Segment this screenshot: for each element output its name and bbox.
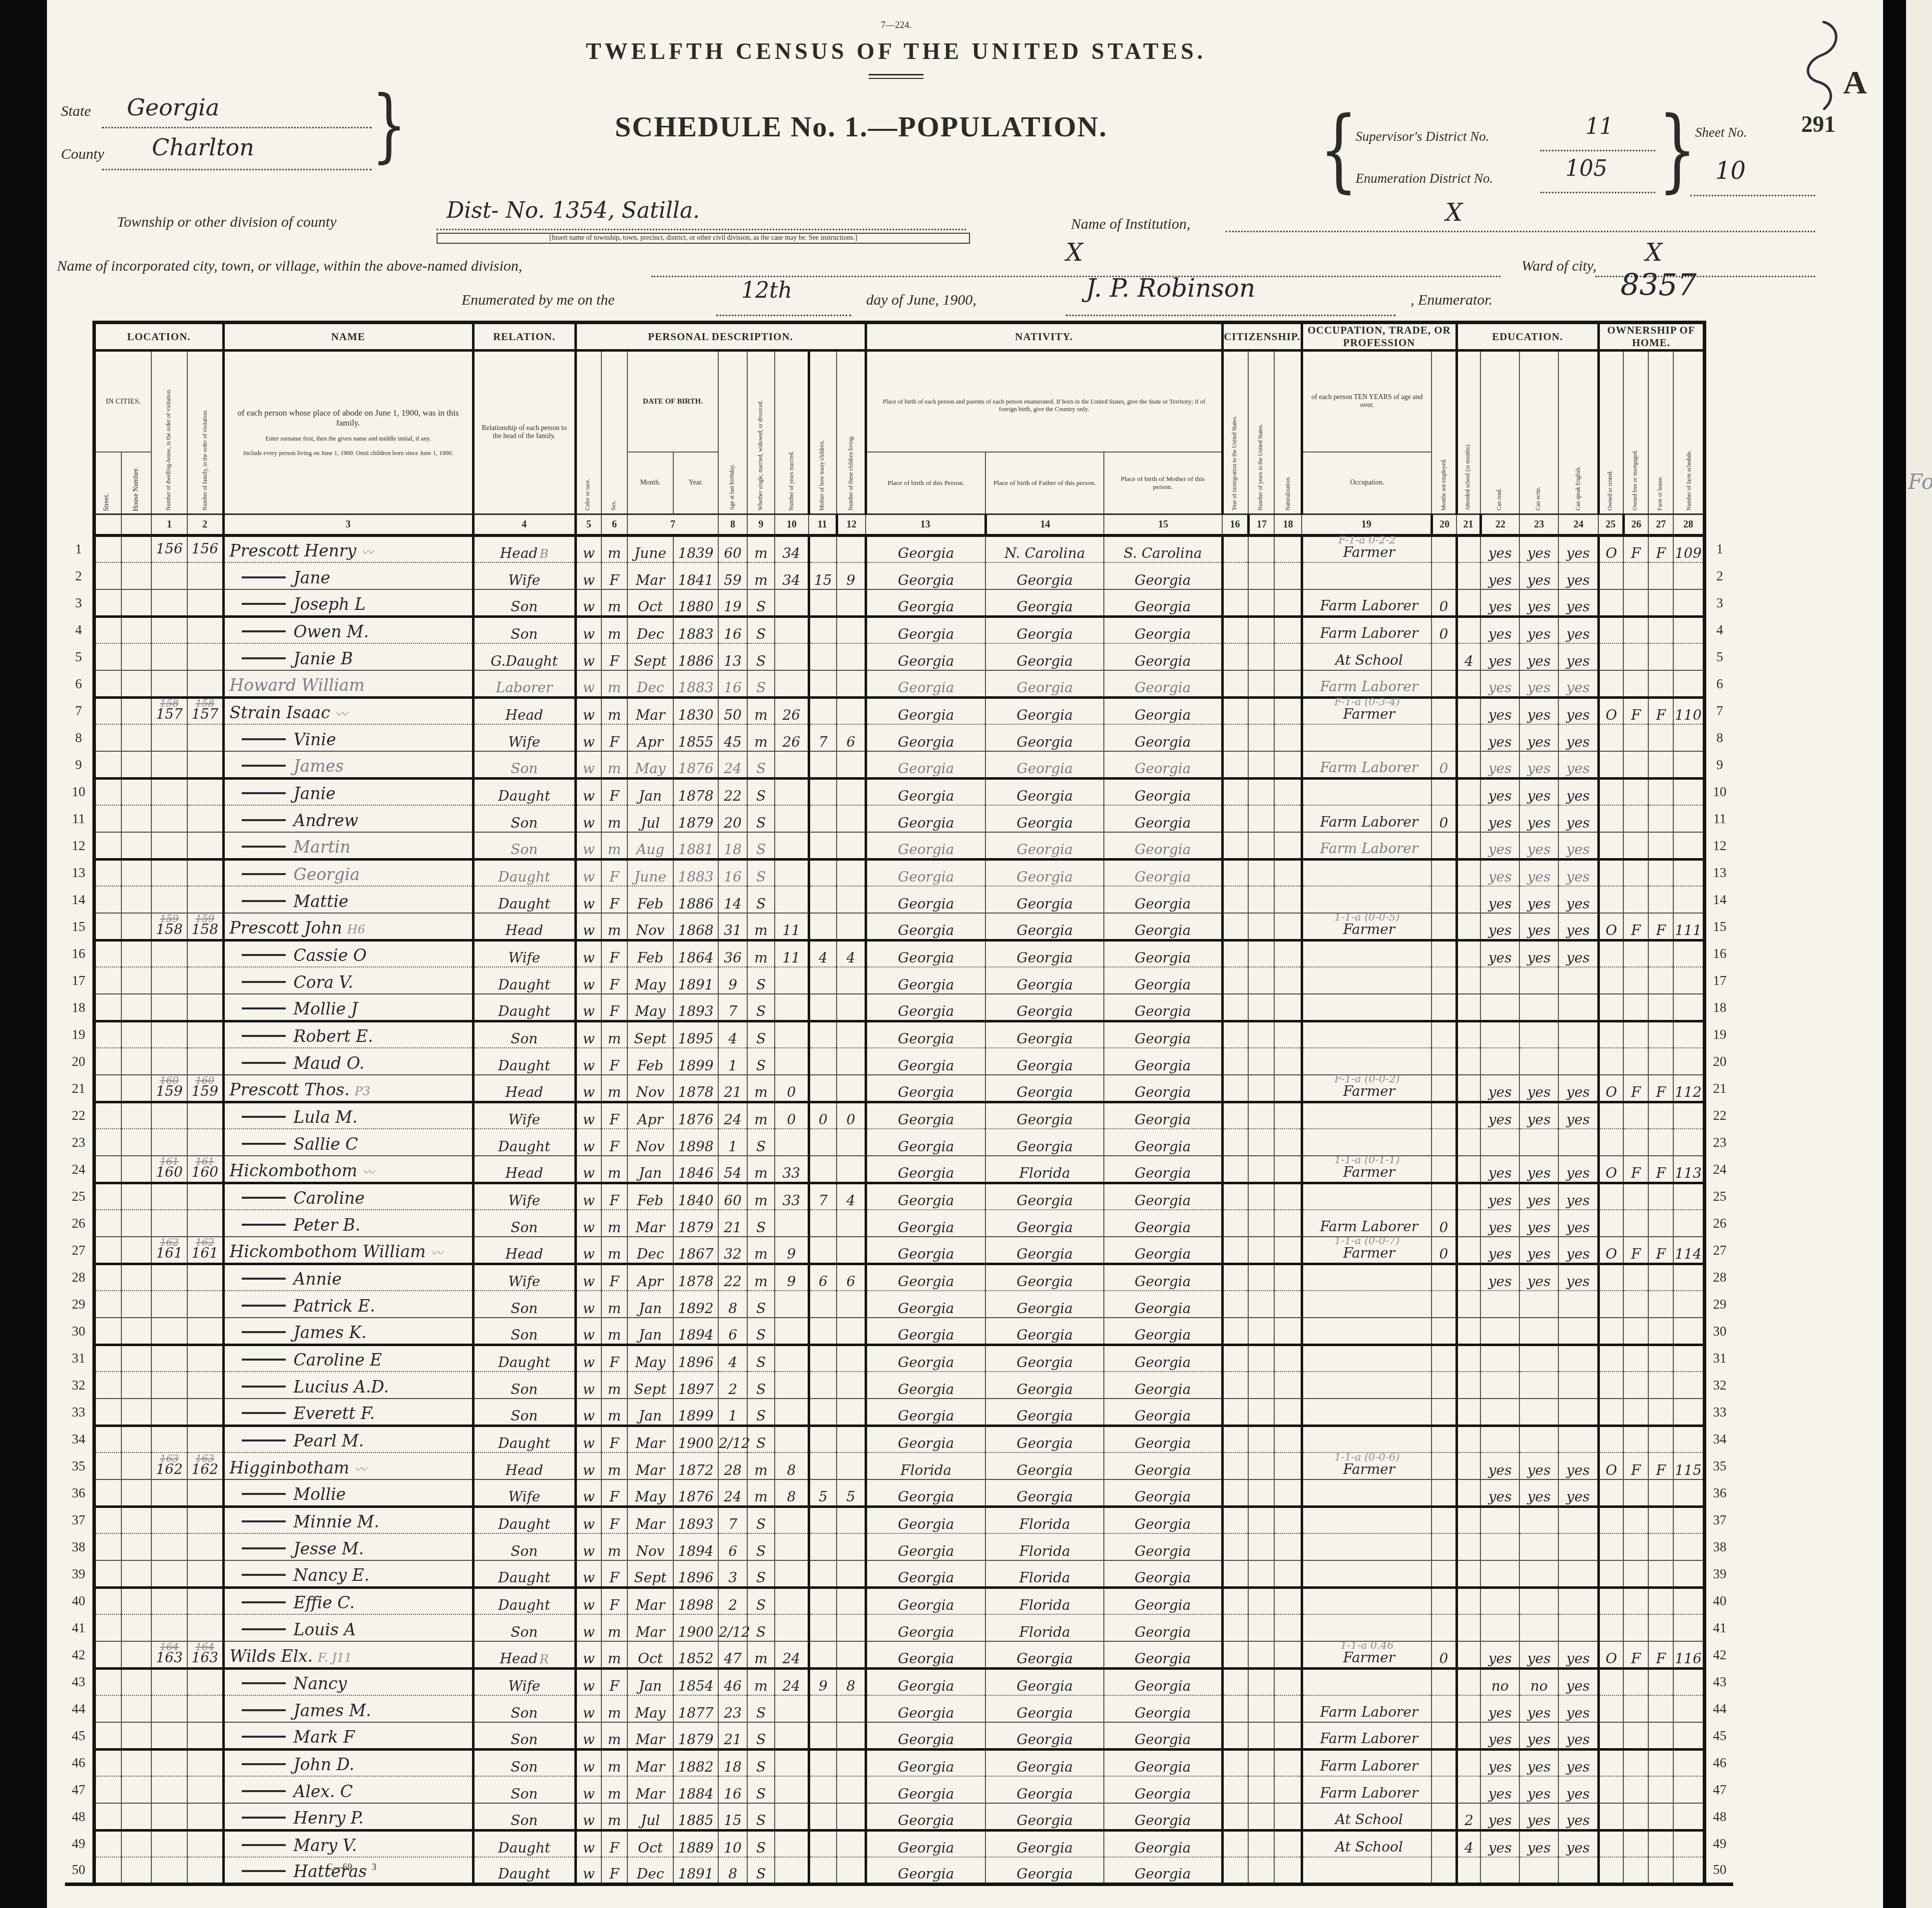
span-element: Georgia	[1135, 1221, 1191, 1236]
cell-yu	[1248, 778, 1274, 805]
cell-street	[94, 1560, 121, 1587]
cell-mo: Jan	[627, 1668, 673, 1695]
cell-wr	[1519, 1129, 1558, 1156]
cell-pm: Georgia	[1104, 1560, 1222, 1587]
cell-ym	[775, 1399, 809, 1426]
line-number-left: 12	[65, 832, 94, 859]
cell-occ	[1302, 1399, 1432, 1426]
cell-pf: Georgia	[985, 886, 1104, 913]
census-row: 3Joseph LSonwmOct188019SGeorgiaGeorgiaGe…	[65, 589, 1733, 616]
cell-yr: 1891	[673, 967, 718, 994]
span-element: Georgia	[1016, 1867, 1073, 1883]
span-element: yes	[1566, 1490, 1590, 1505]
span-element: Georgia	[1135, 1085, 1191, 1101]
span-element: Wilds Elx.	[230, 1646, 313, 1667]
cell-occ	[1302, 940, 1432, 967]
cell-wr: yes	[1519, 1641, 1558, 1668]
line-number-right: 24	[1704, 1156, 1733, 1183]
span-element: 23	[724, 1706, 742, 1722]
cell-ms: m	[747, 940, 775, 967]
cell-fh	[1648, 724, 1673, 751]
cell-ow	[1598, 751, 1623, 778]
cell-cl	[837, 1749, 866, 1776]
cell-s: m	[601, 1156, 627, 1183]
span-element: 16	[724, 681, 742, 696]
span-element: Son	[511, 1706, 538, 1722]
cell-c: w	[575, 1102, 601, 1129]
corner-flourish	[1776, 18, 1851, 115]
span-element: Georgia	[898, 1085, 955, 1101]
span-element	[242, 738, 286, 740]
cell-s: m	[601, 1533, 627, 1560]
line-number-left: 33	[65, 1399, 94, 1426]
span-element: yes	[1527, 1706, 1551, 1722]
span-element: w	[583, 1544, 595, 1560]
span-element: yes	[1527, 897, 1551, 913]
cell-house	[121, 1506, 151, 1533]
span-element: m	[608, 1733, 621, 1748]
span-element: 24	[724, 1490, 742, 1505]
span-element: w	[583, 1706, 595, 1722]
cell-pf: Georgia	[985, 1345, 1104, 1372]
cell-s: F	[601, 724, 627, 751]
span-element: F	[609, 1571, 619, 1586]
census-row: 23Sallie CDaughtwFNov18981SGeorgiaGeorgi…	[65, 1129, 1733, 1156]
span-element: Georgia	[898, 1867, 955, 1883]
cell-yr: 1880	[673, 589, 718, 616]
cell-age: 32	[718, 1237, 747, 1264]
line-number-right: 33	[1704, 1399, 1733, 1426]
cell-house	[121, 1129, 151, 1156]
cell-yr: 1878	[673, 778, 718, 805]
cell-age: 50	[718, 697, 747, 724]
cell-occ: Farm Laborer	[1302, 616, 1432, 643]
div-element: 157	[156, 707, 182, 723]
cell-im	[1222, 1345, 1248, 1372]
cell-c: w	[575, 1156, 601, 1183]
cell-na	[1274, 1560, 1302, 1587]
cell-mo: Mar	[627, 1614, 673, 1641]
span-element: Georgia	[1135, 600, 1191, 615]
cell-s: F	[601, 859, 627, 886]
cell-dw	[151, 1210, 187, 1237]
line-number-right: 22	[1704, 1102, 1733, 1129]
cell-pm: Georgia	[1104, 1830, 1222, 1857]
cell-im	[1222, 1830, 1248, 1857]
cell-rd	[1480, 1587, 1519, 1614]
cell-un	[1432, 859, 1456, 886]
cell-fr	[1623, 886, 1648, 913]
cell-un	[1432, 697, 1456, 724]
cell-wr: yes	[1519, 886, 1558, 913]
cell-mc	[809, 1560, 837, 1587]
cell-sc	[1456, 1641, 1480, 1668]
cell-occ	[1302, 562, 1432, 589]
cell-yr: 1893	[673, 1506, 718, 1533]
column-number: 5	[575, 514, 601, 536]
cell-street	[94, 1264, 121, 1291]
institution-line	[1226, 231, 1815, 232]
cell-yu	[1248, 535, 1274, 562]
cell-ow	[1598, 1614, 1623, 1641]
span-element: m	[608, 1328, 621, 1344]
cell-rd	[1480, 1318, 1519, 1345]
span-element: Florida	[1019, 1625, 1070, 1641]
span-element: Georgia	[1135, 1598, 1191, 1614]
cell-dw	[151, 832, 187, 859]
span-element: F	[1631, 1166, 1641, 1182]
cell-rel: Wife	[473, 1102, 575, 1129]
cell-na	[1274, 1399, 1302, 1426]
cell-street	[94, 967, 121, 994]
cell-pb: Georgia	[866, 1668, 985, 1695]
span-element: 1893	[678, 1004, 713, 1020]
span-element: 8	[728, 1867, 737, 1883]
cell-rd	[1480, 1345, 1519, 1372]
cell-street	[94, 1587, 121, 1614]
span-element: Georgia	[1016, 1490, 1073, 1505]
cell-ms: m	[747, 1264, 775, 1291]
cell-age: 8	[718, 1857, 747, 1884]
span-element: Georgia	[898, 1760, 955, 1776]
span-element: Wife	[508, 1490, 540, 1505]
cell-un	[1432, 1156, 1456, 1183]
cell-pf: Georgia	[985, 1372, 1104, 1399]
span-element: w	[583, 951, 595, 966]
cell-yu	[1248, 1479, 1274, 1506]
span-element: Head	[505, 1247, 543, 1263]
cell-rel: G.Daught	[473, 643, 575, 670]
occupation-col-header: Occupation.	[1302, 452, 1432, 514]
cell-un	[1432, 1426, 1456, 1452]
span-element: 1846	[678, 1166, 713, 1182]
cell-en: yes	[1558, 1075, 1598, 1102]
div-element: F-1-a (0-0-2)	[1303, 1075, 1432, 1083]
cell-pb: Georgia	[866, 643, 985, 670]
span-element: w	[583, 843, 595, 858]
cell-fs	[1673, 1048, 1704, 1075]
cell-occ: Farm Laborer	[1302, 1749, 1432, 1776]
span-element: Nancy E.	[294, 1565, 370, 1586]
cell-yu	[1248, 589, 1274, 616]
span-element: Sept	[634, 1032, 667, 1047]
span-element	[242, 1547, 286, 1549]
cell-pm: Georgia	[1104, 1264, 1222, 1291]
span-element: Georgia	[1135, 1059, 1191, 1074]
cell-yu	[1248, 1533, 1274, 1560]
cell-wr	[1519, 1291, 1558, 1318]
cell-sc	[1456, 1318, 1480, 1345]
span-element: w	[583, 735, 595, 751]
cell-occ	[1302, 1345, 1432, 1372]
cell-fr	[1623, 994, 1648, 1021]
cell-ym	[775, 859, 809, 886]
span-element: m	[608, 681, 621, 696]
span-element: G.Daught	[490, 654, 558, 670]
span-element: Wife	[508, 1113, 540, 1128]
supervisor-value: 11	[1585, 114, 1613, 139]
cell-mo: Nov	[627, 1533, 673, 1560]
cell-yr: 1883	[673, 616, 718, 643]
span-element: yes	[1527, 816, 1551, 832]
span-element: w	[583, 978, 595, 993]
span-element: F	[1631, 924, 1641, 939]
cell-ym: 9	[775, 1264, 809, 1291]
span-element: Georgia	[1016, 924, 1073, 939]
cell-rd: yes	[1480, 859, 1519, 886]
cell-pb: Georgia	[866, 1560, 985, 1587]
cell-occ	[1302, 967, 1432, 994]
line-number-right: 45	[1704, 1722, 1733, 1749]
span-element: m	[754, 924, 768, 939]
cell-c: w	[575, 1749, 601, 1776]
cell-fh: F	[1648, 1156, 1673, 1183]
cell-fh: F	[1648, 1452, 1673, 1479]
col-header-citizenship: CITIZENSHIP.	[1222, 323, 1302, 351]
cell-c: w	[575, 1345, 601, 1372]
span-element: Mar	[636, 573, 665, 589]
span-element: Georgia	[898, 1625, 955, 1641]
cell-wr: yes	[1519, 1075, 1558, 1102]
span-element: Maud O.	[294, 1053, 365, 1074]
cell-fr	[1623, 1830, 1648, 1857]
cell-cl	[837, 1048, 866, 1075]
cell-en: yes	[1558, 1264, 1598, 1291]
span-element: yes	[1527, 762, 1551, 777]
cell-age: 1	[718, 1399, 747, 1426]
span-element: O	[1606, 1247, 1617, 1263]
span-element: m	[608, 1409, 621, 1425]
span-element: m	[608, 843, 621, 858]
cell-mc	[809, 967, 837, 994]
cell-mc	[809, 670, 837, 697]
span-element: F	[609, 654, 619, 670]
cell-en: yes	[1558, 697, 1598, 724]
span-element: 1867	[678, 1247, 713, 1263]
cell-occ: Farm Laborer	[1302, 1210, 1432, 1237]
span-element: 1898	[678, 1140, 713, 1155]
cell-cl	[837, 535, 866, 562]
span-element: yes	[1488, 789, 1512, 805]
cell-im	[1222, 1857, 1248, 1884]
cell-dw	[151, 670, 187, 697]
span-element: 4	[846, 951, 855, 966]
cell-mo: Mar	[627, 1776, 673, 1803]
cell-cl	[837, 751, 866, 778]
span-element: Son	[511, 627, 538, 643]
span-element: m	[608, 816, 621, 832]
span-element: yes	[1488, 762, 1512, 777]
div-element: Farmer	[1339, 1649, 1395, 1667]
cell-na	[1274, 832, 1302, 859]
cell-ms: m	[747, 697, 775, 724]
cell-dw: 158157	[151, 697, 187, 724]
span-element: w	[583, 1625, 595, 1641]
span-element: Son	[511, 1787, 538, 1803]
span-element: 60	[724, 546, 742, 562]
span-element: Georgia	[1135, 1004, 1191, 1020]
span-element	[242, 1224, 286, 1226]
cell-house	[121, 1533, 151, 1560]
span-element: Dec	[637, 627, 664, 643]
span-element: 111	[1675, 924, 1701, 939]
cell-pm: Georgia	[1104, 805, 1222, 832]
span-element: Son	[511, 600, 538, 615]
cell-occ: Farm Laborer	[1302, 805, 1432, 832]
cell-un	[1432, 1102, 1456, 1129]
span-element: yes	[1488, 735, 1512, 751]
cell-fs	[1673, 1614, 1704, 1641]
cell-ym: 9	[775, 1237, 809, 1264]
cell-mc	[809, 1156, 837, 1183]
cell-c: w	[575, 1668, 601, 1695]
cell-pm: Georgia	[1104, 697, 1222, 724]
cell-im	[1222, 832, 1248, 859]
cell-fs	[1673, 670, 1704, 697]
span-element: Georgia	[898, 1814, 955, 1829]
cell-fr	[1623, 589, 1648, 616]
cell-rd: yes	[1480, 1210, 1519, 1237]
span-element: m	[608, 600, 621, 615]
cell-fam	[187, 643, 223, 670]
span-element: m	[754, 573, 768, 589]
span-element: S	[756, 627, 766, 643]
cell-mo: Dec	[627, 670, 673, 697]
span-element: Georgia	[1016, 978, 1073, 993]
cell-fh	[1648, 1479, 1673, 1506]
cell-wr: yes	[1519, 589, 1558, 616]
cell-sc	[1456, 1506, 1480, 1533]
span-element: 46	[724, 1679, 742, 1695]
span-element: w	[583, 1679, 595, 1695]
cell-en: yes	[1558, 751, 1598, 778]
census-row: 24161160161160Hickombothom〰HeadwmJan1846…	[65, 1156, 1733, 1183]
span-element: yes	[1488, 951, 1512, 966]
span-element: Georgia	[1016, 762, 1073, 777]
span-element: Daught	[498, 1140, 550, 1155]
cell-en: yes	[1558, 1722, 1598, 1749]
census-row: 1156156Prescott Henry〰Head BwmJune183960…	[65, 535, 1733, 562]
census-row: 20Maud O.DaughtwFFeb18991SGeorgiaGeorgia…	[65, 1048, 1733, 1075]
cell-wr: yes	[1519, 1452, 1558, 1479]
span-element: Florida	[1019, 1598, 1070, 1614]
span-element: Georgia	[898, 762, 955, 777]
span-element: S	[756, 1221, 766, 1236]
cell-fam	[187, 1668, 223, 1695]
cell-s: m	[601, 1695, 627, 1722]
cell-rd: yes	[1480, 562, 1519, 589]
cell-street	[94, 1345, 121, 1372]
cell-yr: 1899	[673, 1048, 718, 1075]
cell-mo: Mar	[627, 1722, 673, 1749]
span-element	[242, 981, 286, 983]
cell-name: Caroline	[223, 1183, 473, 1210]
cell-ym	[775, 751, 809, 778]
cell-occ: Farm Laborer	[1302, 1695, 1432, 1722]
cell-mo: Jan	[627, 1291, 673, 1318]
cell-cl	[837, 1345, 866, 1372]
cell-pb: Georgia	[866, 859, 985, 886]
cell-pf: Georgia	[985, 1318, 1104, 1345]
cell-dw	[151, 1749, 187, 1776]
cell-fh: F	[1648, 1075, 1673, 1102]
census-row: 49Mary V.DaughtwFOct188910SGeorgiaGeorgi…	[65, 1830, 1733, 1857]
cell-mo: Nov	[627, 1129, 673, 1156]
cell-c: w	[575, 1452, 601, 1479]
cell-pm: S. Carolina	[1104, 535, 1222, 562]
cell-sc	[1456, 751, 1480, 778]
span-element: yes	[1566, 1194, 1590, 1209]
span-element: Georgia	[1016, 681, 1073, 696]
cell-name: Howard William	[223, 670, 473, 697]
line-number-left: 41	[65, 1614, 94, 1641]
cell-fr	[1623, 940, 1648, 967]
cell-fam: 162161	[187, 1237, 223, 1264]
span-element	[242, 1439, 286, 1441]
cell-ym: 33	[775, 1183, 809, 1210]
span-element: S	[756, 1814, 766, 1829]
cell-im	[1222, 1129, 1248, 1156]
naturalization-header: Naturalization.	[1274, 351, 1302, 514]
cell-ym: 34	[775, 562, 809, 589]
line-number-right: 37	[1704, 1506, 1733, 1533]
cell-en: yes	[1558, 778, 1598, 805]
cell-pb: Georgia	[866, 589, 985, 616]
span-element: Apr	[637, 1275, 663, 1290]
cell-s: F	[601, 1587, 627, 1614]
cell-rd: yes	[1480, 1695, 1519, 1722]
span-element: Jane	[294, 568, 331, 589]
cell-yu	[1248, 1264, 1274, 1291]
cell-wr: yes	[1519, 562, 1558, 589]
cell-c: w	[575, 1830, 601, 1857]
line-number-left: 46	[65, 1749, 94, 1776]
span-element: 18	[724, 1760, 742, 1776]
span-element: yes	[1488, 1194, 1512, 1209]
cell-fr	[1623, 1614, 1648, 1641]
township-value: Dist- No. 1354, Satilla.	[447, 198, 700, 223]
span-element: Head	[500, 546, 538, 562]
cell-un	[1432, 1318, 1456, 1345]
cell-rel: Wife	[473, 940, 575, 967]
line-number-left: 24	[65, 1156, 94, 1183]
cell-s: F	[601, 940, 627, 967]
line-number-right: 35	[1704, 1452, 1733, 1479]
span-element: Daught	[498, 1571, 550, 1586]
span-element: Caroline	[294, 1188, 365, 1209]
cell-occ	[1302, 1533, 1432, 1560]
cell-wr	[1519, 994, 1558, 1021]
cell-wr: yes	[1519, 751, 1558, 778]
span-element: Georgia	[898, 654, 955, 670]
span-element: 115	[1675, 1463, 1701, 1479]
span-element: 1891	[678, 978, 713, 993]
cell-c: w	[575, 1722, 601, 1749]
span-element: Martin	[294, 837, 351, 858]
span-element: w	[583, 1841, 595, 1857]
cell-mc: 4	[809, 940, 837, 967]
cell-c: w	[575, 1183, 601, 1210]
span-element: F	[1656, 546, 1666, 562]
col-header-personal: PERSONAL DESCRIPTION.	[575, 323, 866, 351]
div-element: At School	[1331, 1811, 1403, 1829]
cell-street	[94, 913, 121, 940]
cell-name: Henry P.	[223, 1803, 473, 1830]
cell-en: yes	[1558, 643, 1598, 670]
span-element: yes	[1527, 1166, 1551, 1182]
line-number-right: 28	[1704, 1264, 1733, 1291]
cell-street	[94, 1722, 121, 1749]
